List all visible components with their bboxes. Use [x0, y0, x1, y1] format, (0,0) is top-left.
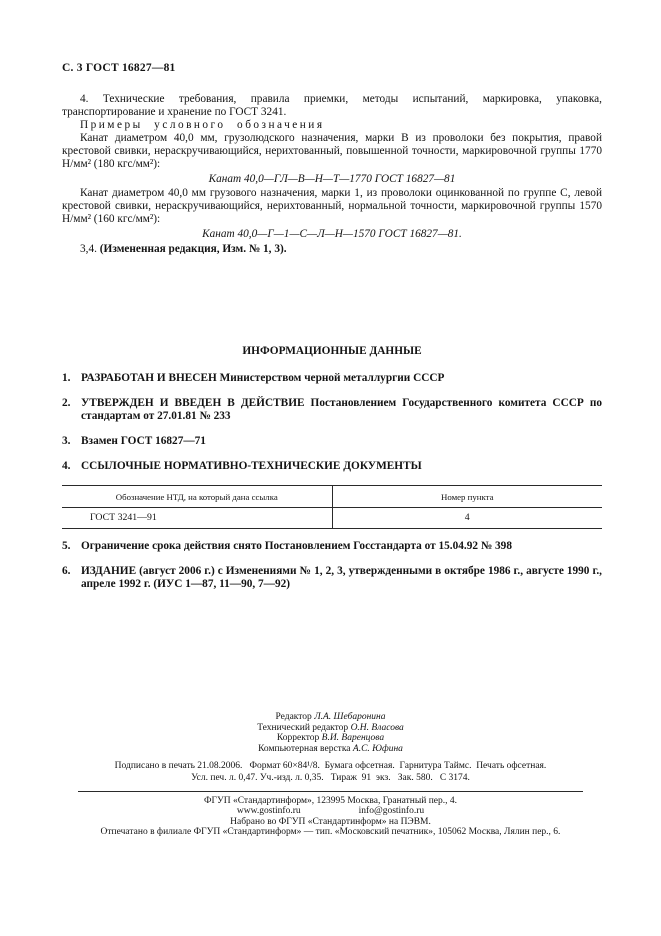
standard-text-block: 4. Технические требования, правила прием… — [62, 93, 602, 256]
editor-line: Редактор Л.А. Шебаронина — [0, 712, 661, 723]
print-info-line-1: Подписано в печать 21.08.2006. Формат 60… — [0, 761, 661, 773]
example-2-designation: Канат 40,0—Г—1—С—Л—Н—1570 ГОСТ 16827—81. — [62, 228, 602, 241]
item-number: 5. — [62, 540, 70, 553]
print-house-note: Отпечатано в филиале ФГУП «Стандартинфор… — [0, 827, 661, 838]
example-1-designation: Канат 40,0—ГЛ—В—Н—Т—1770 ГОСТ 16827—81 — [62, 173, 602, 186]
editor-role: Технический редактор — [257, 723, 350, 733]
table-cell-ntd: ГОСТ 3241—91 — [62, 508, 332, 529]
item-number: 6. — [62, 565, 70, 578]
item-text: УТВЕРЖДЕН И ВВЕДЕН В ДЕЙСТВИЕ Постановле… — [81, 397, 602, 422]
editor-name: А.С. Юфина — [353, 744, 403, 754]
info-item-2: 2. УТВЕРЖДЕН И ВВЕДЕН В ДЕЙСТВИЕ Постано… — [62, 397, 602, 423]
table-header-clause: Номер пункта — [332, 486, 602, 508]
item-text: ИЗДАНИЕ (август 2006 г.) с Изменениями №… — [81, 565, 602, 590]
item-text: РАЗРАБОТАН И ВНЕСЕН Министерством черной… — [81, 372, 444, 384]
info-item-1: 1. РАЗРАБОТАН И ВНЕСЕН Министерством чер… — [62, 372, 602, 385]
item-number: 4. — [62, 460, 70, 473]
amendment-prefix: 3,4. — [80, 243, 100, 255]
amendment-bold-text: (Измененная редакция, Изм. № 1, 3). — [100, 243, 287, 255]
item-text: Ограничение срока действия снято Постано… — [81, 540, 512, 552]
page-header: С. 3 ГОСТ 16827—81 — [62, 62, 176, 74]
item-text: Взамен ГОСТ 16827—71 — [81, 435, 206, 447]
amendment-note: 3,4. (Измененная редакция, Изм. № 1, 3). — [62, 243, 602, 256]
divider-rule — [78, 791, 583, 792]
item-number: 1. — [62, 372, 70, 385]
information-data-title: ИНФОРМАЦИОННЫЕ ДАННЫЕ — [62, 345, 602, 358]
example-1-text: Канат диаметром 40,0 мм, грузолюдского н… — [62, 132, 602, 171]
reference-documents-table: Обозначение НТД, на который дана ссылка … — [62, 485, 602, 529]
typeset-note: Набрано во ФГУП «Стандартинформ» на ПЭВМ… — [0, 817, 661, 828]
para-technical-requirements: 4. Технические требования, правила прием… — [62, 93, 602, 119]
colophon: Редактор Л.А. Шебаронина Технический ред… — [0, 712, 661, 838]
item-text: ССЫЛОЧНЫЕ НОРМАТИВНО-ТЕХНИЧЕСКИЕ ДОКУМЕН… — [81, 460, 422, 472]
table-header-row: Обозначение НТД, на который дана ссылка … — [62, 486, 602, 508]
table-cell-clause: 4 — [332, 508, 602, 529]
editor-name: О.Н. Власова — [351, 723, 404, 733]
table-row: ГОСТ 3241—91 4 — [62, 508, 602, 529]
editor-name: В.И. Варенцова — [322, 733, 384, 743]
editor-role: Компьютерная верстка — [258, 744, 353, 754]
info-item-3: 3. Взамен ГОСТ 16827—71 — [62, 435, 602, 448]
print-info-line-2: Усл. печ. л. 0,47. Уч.-изд. л. 0,35. Тир… — [0, 773, 661, 785]
example-2-text: Канат диаметром 40,0 мм грузового назнач… — [62, 187, 602, 226]
examples-heading: Примеры условного обозначения — [62, 119, 602, 132]
publisher-website: www.gostinfo.ru — [237, 806, 301, 817]
information-data-section: ИНФОРМАЦИОННЫЕ ДАННЫЕ 1. РАЗРАБОТАН И ВН… — [62, 345, 602, 603]
info-item-6: 6. ИЗДАНИЕ (август 2006 г.) с Изменениям… — [62, 565, 602, 591]
editor-line: Компьютерная верстка А.С. Юфина — [0, 744, 661, 755]
editor-role: Редактор — [275, 712, 314, 722]
info-item-5: 5. Ограничение срока действия снято Пост… — [62, 540, 602, 553]
item-number: 3. — [62, 435, 70, 448]
publisher-email: info@gostinfo.ru — [359, 806, 424, 817]
table-header-ntd: Обозначение НТД, на который дана ссылка — [62, 486, 332, 508]
info-item-4: 4. ССЫЛОЧНЫЕ НОРМАТИВНО-ТЕХНИЧЕСКИЕ ДОКУ… — [62, 460, 602, 473]
publisher-contacts: www.gostinfo.ruinfo@gostinfo.ru — [0, 806, 661, 817]
editor-line: Технический редактор О.Н. Власова — [0, 723, 661, 734]
print-info-block: Подписано в печать 21.08.2006. Формат 60… — [0, 761, 661, 784]
document-page: С. 3 ГОСТ 16827—81 4. Технические требов… — [0, 0, 661, 936]
publisher-address: ФГУП «Стандартинформ», 123995 Москва, Гр… — [0, 796, 661, 807]
editor-role: Корректор — [277, 733, 322, 743]
editor-line: Корректор В.И. Варенцова — [0, 733, 661, 744]
editor-name: Л.А. Шебаронина — [314, 712, 385, 722]
item-number: 2. — [62, 397, 70, 410]
